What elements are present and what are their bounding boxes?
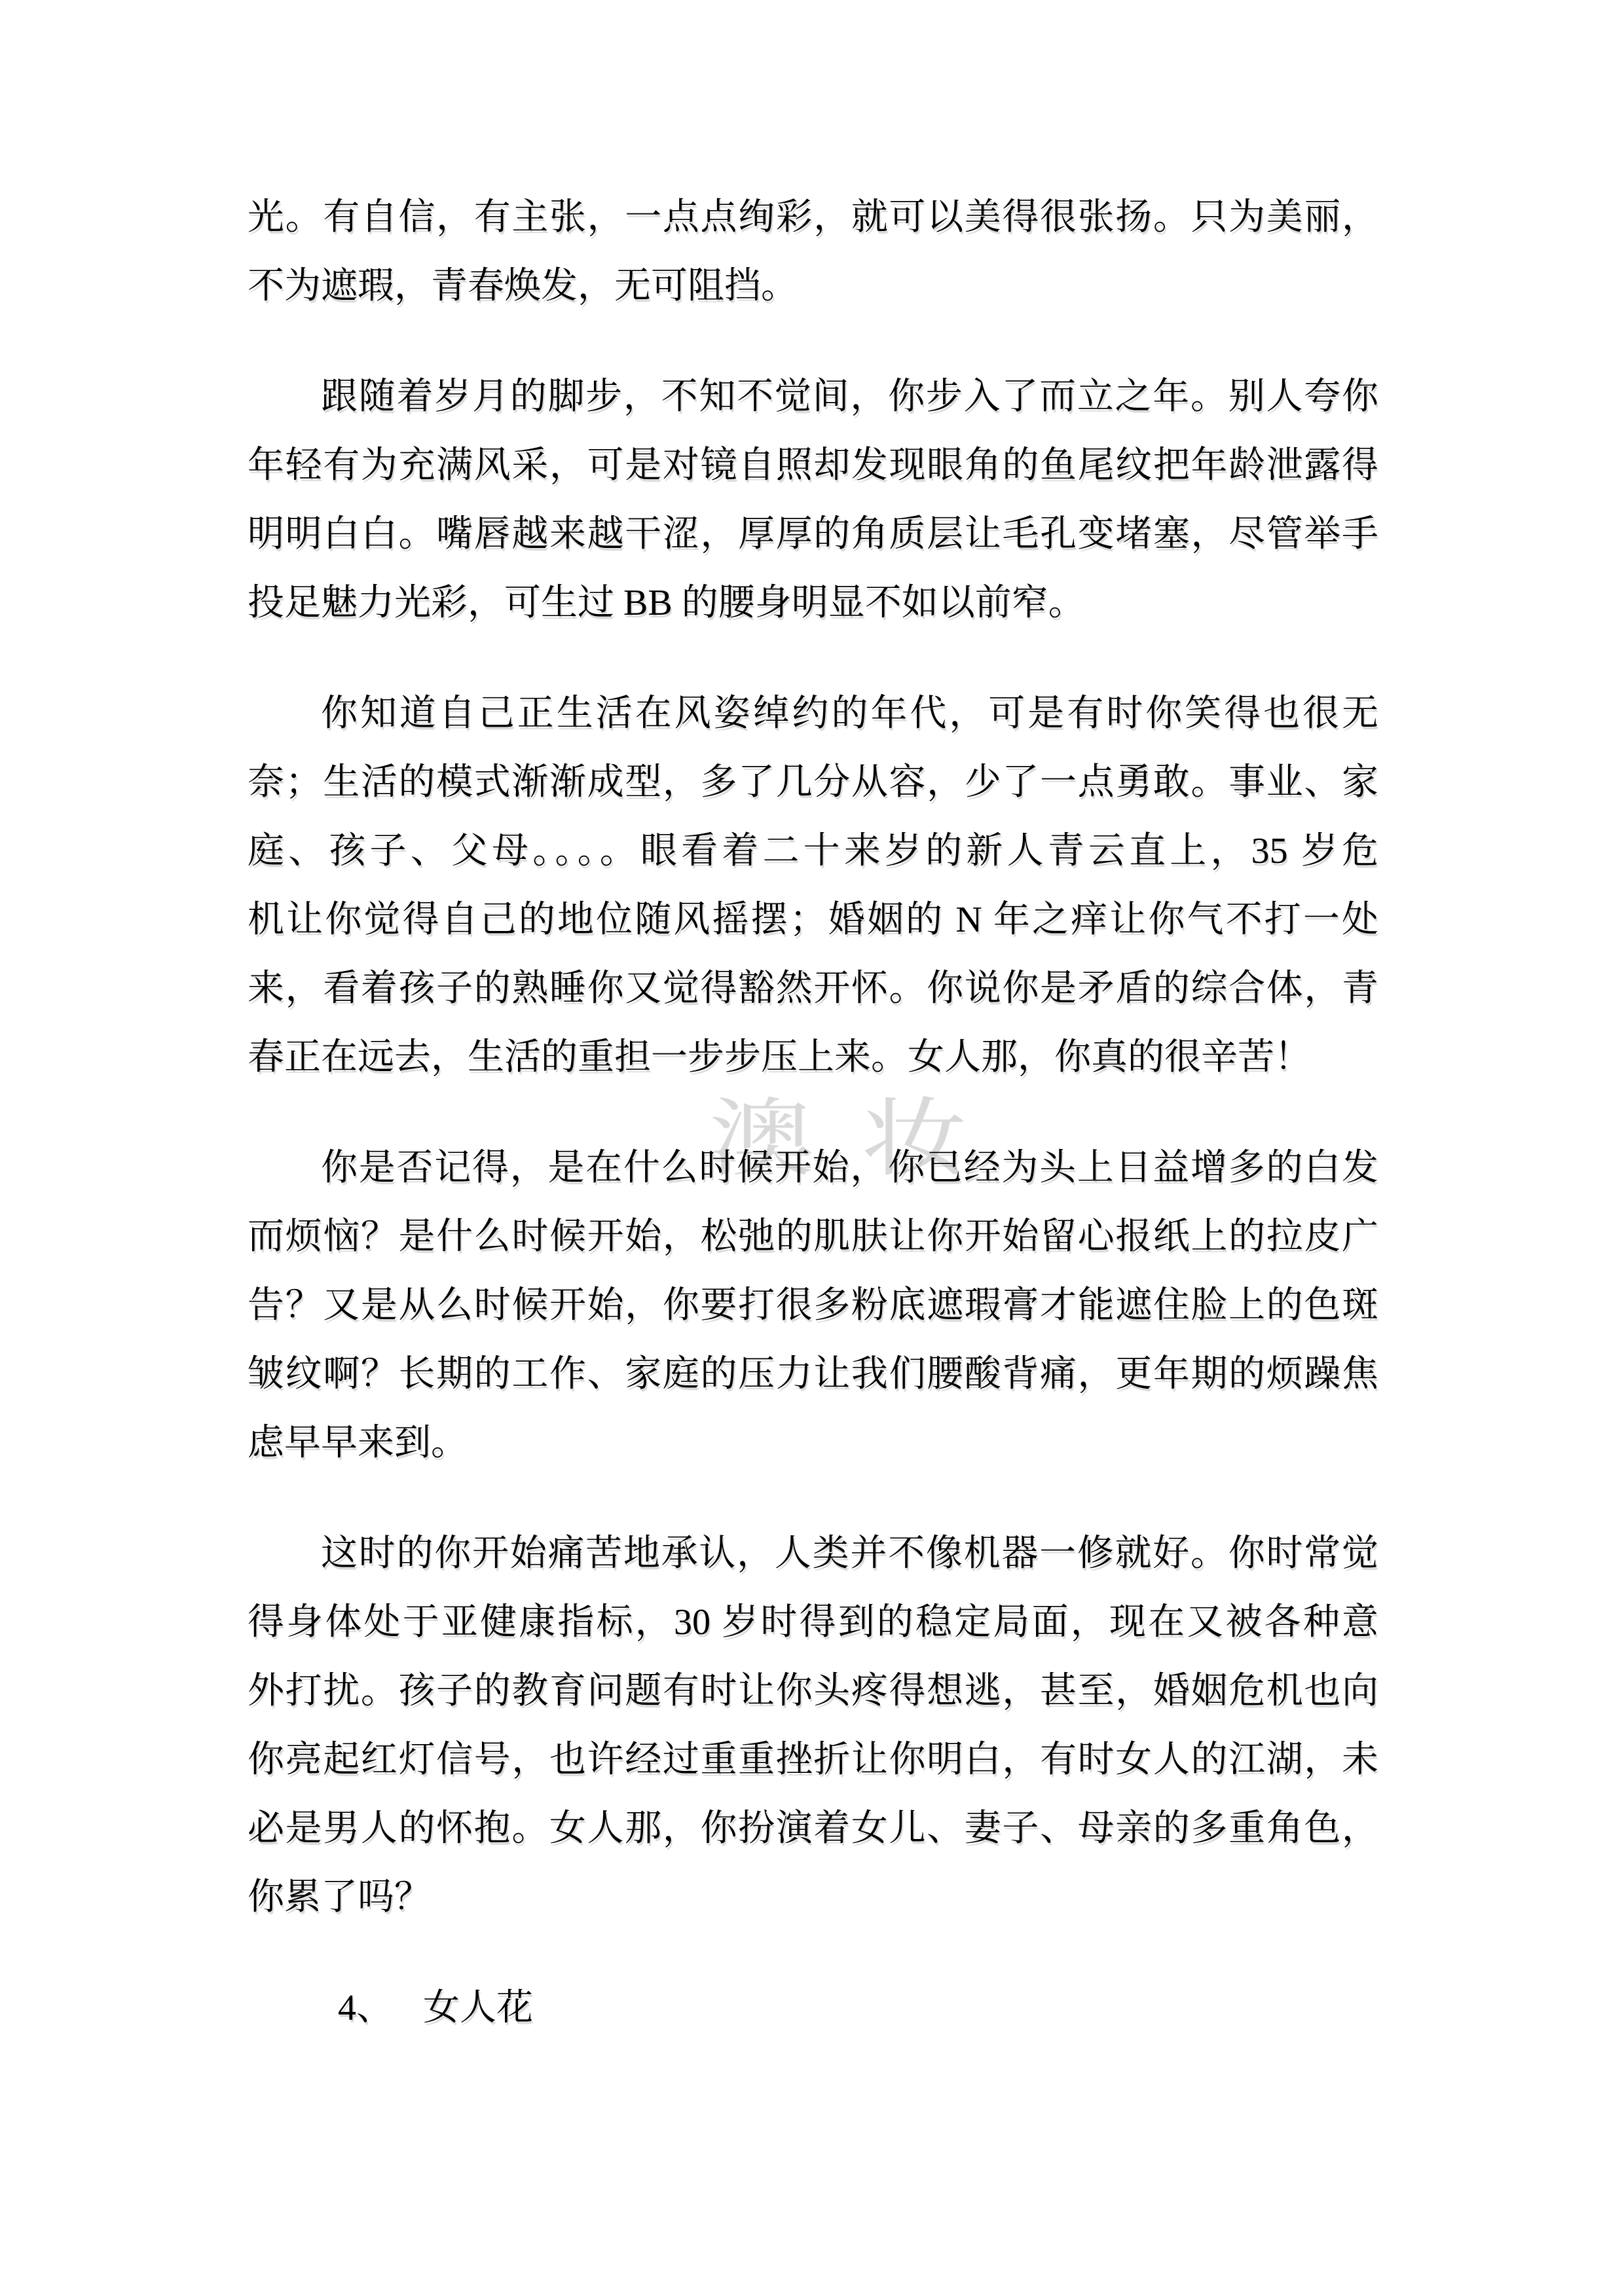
- text-line: 跟随着岁月的脚步，不知不觉间，你步入了而立之年。别人夸你: [248, 363, 1378, 431]
- text-line: 春正在远去，生活的重担一步步压上来。女人那，你真的很辛苦！: [248, 1023, 1378, 1092]
- text-line: 你累了吗？: [248, 1863, 1378, 1932]
- text-line: 皱纹啊？长期的工作、家庭的压力让我们腰酸背痛，更年期的烦躁焦: [248, 1340, 1378, 1409]
- text-line: 你亮起红灯信号，也许经过重重挫折让你明白，有时女人的江湖，未: [248, 1726, 1378, 1795]
- text-line: 虑早早来到。: [248, 1409, 1378, 1478]
- text-line: 外打扰。孩子的教育问题有时让你头疼得想逃，甚至，婚姻危机也向: [248, 1657, 1378, 1726]
- text-line: 奈；生活的模式渐渐成型，多了几分从容，少了一点勇敢。事业、家: [248, 748, 1378, 817]
- document-body: 光。有自信，有主张，一点点绚彩，就可以美得很张扬。只为美丽，不为遮瑕，青春焕发，…: [0, 0, 1624, 2043]
- text-line: 明明白白。嘴唇越来越干涩，厚厚的角质层让毛孔变堵塞，尽管举手: [248, 500, 1378, 569]
- text-line: 而烦恼？是什么时候开始，松弛的肌肤让你开始留心报纸上的拉皮广: [248, 1203, 1378, 1271]
- paragraph: 你是否记得，是在什么时候开始，你已经为头上日益增多的白发而烦恼？是什么时候开始，…: [248, 1134, 1378, 1478]
- list-item-number: 4、: [338, 1988, 393, 2028]
- paragraph: 光。有自信，有主张，一点点绚彩，就可以美得很张扬。只为美丽，不为遮瑕，青春焕发，…: [248, 183, 1378, 321]
- text-line: 机让你觉得自己的地位随风摇摆；婚姻的 N 年之痒让你气不打一处: [248, 886, 1378, 955]
- text-line: 告？又是从么时候开始，你要打很多粉底遮瑕膏才能遮住脸上的色斑: [248, 1271, 1378, 1340]
- text-line: 你是否记得，是在什么时候开始，你已经为头上日益增多的白发: [248, 1134, 1378, 1203]
- paragraph: 跟随着岁月的脚步，不知不觉间，你步入了而立之年。别人夸你年轻有为充满风采，可是对…: [248, 363, 1378, 638]
- paragraph: 你知道自己正生活在风姿绰约的年代，可是有时你笑得也很无奈；生活的模式渐渐成型，多…: [248, 680, 1378, 1092]
- list-item-title: 女人花: [423, 1988, 533, 2028]
- text-line: 必是男人的怀抱。女人那，你扮演着女儿、妻子、母亲的多重角色，: [248, 1795, 1378, 1863]
- text-line: 投足魅力光彩，可生过 BB 的腰身明显不如以前窄。: [248, 569, 1378, 638]
- text-line: 不为遮瑕，青春焕发，无可阻挡。: [248, 252, 1378, 321]
- paragraph-container: 光。有自信，有主张，一点点绚彩，就可以美得很张扬。只为美丽，不为遮瑕，青春焕发，…: [248, 183, 1378, 1932]
- paragraph: 这时的你开始痛苦地承认，人类并不像机器一修就好。你时常觉得身体处于亚健康指标，3…: [248, 1520, 1378, 1932]
- text-line: 你知道自己正生活在风姿绰约的年代，可是有时你笑得也很无: [248, 680, 1378, 748]
- text-line: 来，看着孩子的熟睡你又觉得豁然开怀。你说你是矛盾的综合体，青: [248, 955, 1378, 1023]
- text-line: 这时的你开始痛苦地承认，人类并不像机器一修就好。你时常觉: [248, 1520, 1378, 1588]
- list-item-heading: 4、女人花: [248, 1974, 1378, 2043]
- text-line: 光。有自信，有主张，一点点绚彩，就可以美得很张扬。只为美丽，: [248, 183, 1378, 252]
- document-page: 澳 妆 光。有自信，有主张，一点点绚彩，就可以美得很张扬。只为美丽，不为遮瑕，青…: [0, 0, 1624, 2296]
- text-line: 庭、孩子、父母。。。。眼看着二十来岁的新人青云直上，35 岁危: [248, 817, 1378, 886]
- text-line: 年轻有为充满风采，可是对镜自照却发现眼角的鱼尾纹把年龄泄露得: [248, 431, 1378, 500]
- text-line: 得身体处于亚健康指标，30 岁时得到的稳定局面，现在又被各种意: [248, 1588, 1378, 1657]
